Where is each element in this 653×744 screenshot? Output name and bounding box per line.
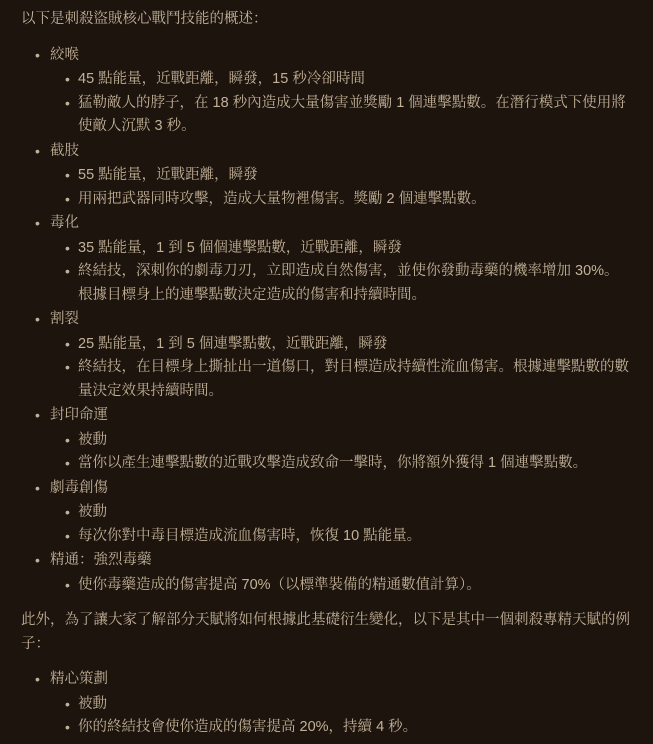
skill-item: 精通：強烈毒藥使你毒藥造成的傷害提高 70%（以標準裝備的精通數值計算）。 <box>21 549 633 597</box>
skill-name: 精通：強烈毒藥 <box>50 552 152 568</box>
skill-detail: 猛勒敵人的脖子，在 18 秒內造成大量傷害並獎勵 1 個連擊點數。在潛行模式下使… <box>50 92 633 139</box>
intro-paragraph: 以下是刺殺盜賊核心戰鬥技能的概述： <box>21 8 633 32</box>
skill-detail-list: 被動每次你對中毒目標造成流血傷害時，恢復 10 點能量。 <box>50 501 633 548</box>
skill-detail: 終結技，在目標身上撕扯出一道傷口，對目標造成持續性流血傷害。根據連擊點數的數量決… <box>50 356 633 403</box>
skill-item: 截肢55 點能量，近戰距離，瞬發用兩把武器同時攻擊，造成大量物裡傷害。獎勵 2 … <box>21 140 633 212</box>
skill-name: 封印命運 <box>50 407 108 423</box>
skill-detail: 被動 <box>50 693 633 717</box>
skill-detail-list: 被動你的終結技會使你造成的傷害提高 20%，持續 4 秒。 <box>50 693 633 740</box>
skill-name: 割裂 <box>50 311 79 327</box>
skill-item: 精心策劃被動你的終結技會使你造成的傷害提高 20%，持續 4 秒。 <box>21 668 633 740</box>
skill-detail-list: 被動當你以產生連擊點數的近戰攻擊造成致命一擊時，你將額外獲得 1 個連擊點數。 <box>50 429 633 476</box>
forum-post-page: { "page": { "background_color": "#1d140d… <box>0 0 653 744</box>
skill-detail-list: 使你毒藥造成的傷害提高 70%（以標準裝備的精通數值計算）。 <box>50 574 633 598</box>
skill-item: 劇毒創傷被動每次你對中毒目標造成流血傷害時，恢復 10 點能量。 <box>21 477 633 549</box>
skill-detail: 當你以產生連擊點數的近戰攻擊造成致命一擊時，你將額外獲得 1 個連擊點數。 <box>50 452 633 476</box>
skill-name: 毒化 <box>50 215 79 231</box>
skill-item: 絞喉45 點能量，近戰距離，瞬發，15 秒冷卻時間猛勒敵人的脖子，在 18 秒內… <box>21 44 633 139</box>
skill-detail: 終結技，深刺你的劇毒刀刃，立即造成自然傷害，並使你發動毒藥的機率增加 30%。根… <box>50 260 633 307</box>
skill-detail-list: 25 點能量，1 到 5 個連擊點數，近戰距離，瞬發終結技，在目標身上撕扯出一道… <box>50 333 633 404</box>
skill-item: 封印命運被動當你以產生連擊點數的近戰攻擊造成致命一擊時，你將額外獲得 1 個連擊… <box>21 404 633 476</box>
skill-detail: 每次你對中毒目標造成流血傷害時，恢復 10 點能量。 <box>50 525 633 549</box>
skill-name: 絞喉 <box>50 47 79 63</box>
skill-detail: 被動 <box>50 501 633 525</box>
skill-detail: 使你毒藥造成的傷害提高 70%（以標準裝備的精通數值計算）。 <box>50 574 633 598</box>
skill-detail: 25 點能量，1 到 5 個連擊點數，近戰距離，瞬發 <box>50 333 633 357</box>
skill-detail: 被動 <box>50 429 633 453</box>
middle-paragraph: 此外，為了讓大家了解部分天賦將如何根據此基礎衍生變化，以下是其中一個刺殺專精天賦… <box>21 609 633 656</box>
skill-detail: 55 點能量，近戰距離，瞬發 <box>50 164 633 188</box>
skill-name: 截肢 <box>50 143 79 159</box>
post-content: 以下是刺殺盜賊核心戰鬥技能的概述： 絞喉45 點能量，近戰距離，瞬發，15 秒冷… <box>0 0 653 740</box>
skill-detail-list: 45 點能量，近戰距離，瞬發，15 秒冷卻時間猛勒敵人的脖子，在 18 秒內造成… <box>50 68 633 139</box>
skills-list: 絞喉45 點能量，近戰距離，瞬發，15 秒冷卻時間猛勒敵人的脖子，在 18 秒內… <box>21 44 633 598</box>
skill-detail-list: 35 點能量，1 到 5 個個連擊點數，近戰距離，瞬發終結技，深刺你的劇毒刀刃，… <box>50 237 633 308</box>
skill-name: 精心策劃 <box>50 671 108 687</box>
skill-item: 毒化35 點能量，1 到 5 個個連擊點數，近戰距離，瞬發終結技，深刺你的劇毒刀… <box>21 212 633 307</box>
skill-detail: 用兩把武器同時攻擊，造成大量物裡傷害。獎勵 2 個連擊點數。 <box>50 188 633 212</box>
skill-detail-list: 55 點能量，近戰距離，瞬發用兩把武器同時攻擊，造成大量物裡傷害。獎勵 2 個連… <box>50 164 633 211</box>
talents-list: 精心策劃被動你的終結技會使你造成的傷害提高 20%，持續 4 秒。 <box>21 668 633 740</box>
skill-detail: 45 點能量，近戰距離，瞬發，15 秒冷卻時間 <box>50 68 633 92</box>
skill-item: 割裂25 點能量，1 到 5 個連擊點數，近戰距離，瞬發終結技，在目標身上撕扯出… <box>21 308 633 403</box>
skill-detail: 35 點能量，1 到 5 個個連擊點數，近戰距離，瞬發 <box>50 237 633 261</box>
skill-name: 劇毒創傷 <box>50 480 108 496</box>
skill-detail: 你的終結技會使你造成的傷害提高 20%，持續 4 秒。 <box>50 716 633 740</box>
